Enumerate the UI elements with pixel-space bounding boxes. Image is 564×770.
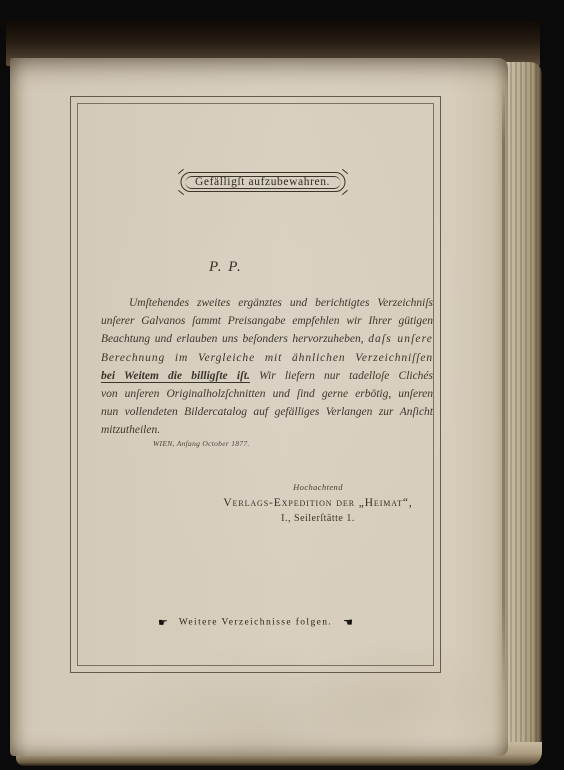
ornamental-double-border: Gefälligſt aufzubewahren. P. P. Umſtehen… — [70, 96, 441, 673]
body-line: mitzutheilen. — [101, 421, 433, 439]
body-line-spaced-text: daſs unſere — [368, 333, 433, 345]
body-line: bei Weitem die billigſte iſt. Wir liefer… — [101, 367, 433, 385]
emphasized-text: bei Weitem die billigſte iſt. — [101, 370, 250, 382]
manicule-pointing-left-icon: ☚ — [343, 616, 353, 629]
body-line-spaced-text: Berechnung im Vergleiche mit ähnlichen V… — [101, 352, 433, 364]
keep-notice-text: Gefälligſt aufzubewahren. — [195, 176, 330, 188]
footer-note: ☛ Weitere Verzeichnisse folgen. ☚ — [71, 613, 440, 631]
footer-text: Weitere Verzeichnisse folgen. — [179, 617, 332, 627]
body-line: nun vollendeten Bildercatalog auf gefäll… — [101, 403, 433, 421]
body-line-text: unſerer Galvanos ſammt Preisangabe empfe… — [101, 315, 433, 327]
body-line-text: nun vollendeten Bildercatalog auf gefäll… — [101, 406, 433, 418]
keep-notice-box: Gefälligſt aufzubewahren. — [180, 172, 345, 192]
document-page: Gefälligſt aufzubewahren. P. P. Umſtehen… — [10, 58, 508, 756]
body-line: von unſeren Originalholzſchnitten und ſi… — [101, 385, 433, 403]
body-line-text: von unſeren Originalholzſchnitten und ſi… — [101, 388, 433, 400]
dateline: WIEN, Anfang October 1877. — [153, 439, 250, 448]
body-line-text: Beachtung und erlauben uns beſonders her… — [101, 333, 368, 345]
body-line: Beachtung und erlauben uns beſonders her… — [101, 330, 433, 348]
body-line-text: Umſtehendes zweites ergänztes und berich… — [101, 297, 433, 309]
scan-background: Gefälligſt aufzubewahren. P. P. Umſtehen… — [0, 0, 564, 770]
publisher-name: Verlags-Expedition der „Heimat“, — [156, 497, 480, 509]
salutation: P. P. — [209, 259, 242, 276]
manicule-pointing-right-icon: ☛ — [158, 616, 168, 629]
body-line-text: mitzutheilen. — [101, 424, 160, 436]
body-line-text: Wir liefern nur tadelloſe Clichés — [250, 370, 433, 382]
corner-ornament-icon — [177, 169, 183, 174]
body-line: Umſtehendes zweites ergänztes und berich… — [101, 294, 433, 312]
body-line: unſerer Galvanos ſammt Preisangabe empfe… — [101, 312, 433, 330]
closing-block: Hochachtend Verlags-Expedition der „Heim… — [156, 482, 480, 524]
valediction: Hochachtend — [156, 482, 480, 492]
corner-ornament-icon — [341, 169, 347, 174]
corner-ornament-icon — [341, 190, 347, 195]
corner-ornament-icon — [177, 190, 183, 195]
publisher-address: I., Seilerſtätte 1. — [156, 513, 480, 524]
body-paragraph: Umſtehendes zweites ergänztes und berich… — [101, 294, 433, 440]
body-line: Berechnung im Vergleiche mit ähnlichen V… — [101, 349, 433, 367]
page-crease — [502, 82, 505, 694]
